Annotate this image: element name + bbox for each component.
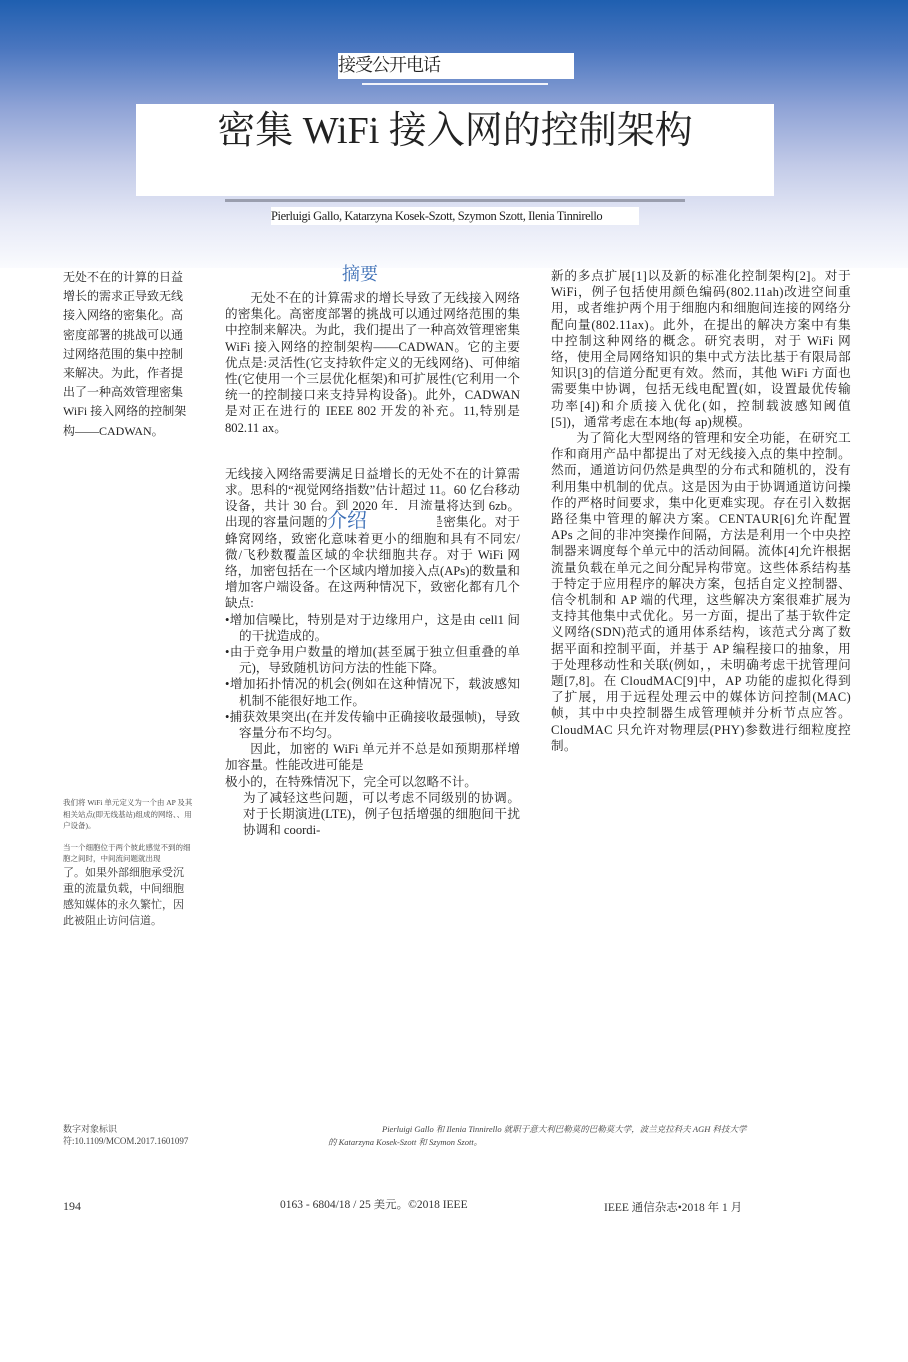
intro-paragraph-3: 为了减轻这些问题，可以考虑不同级别的协调。对于长期演进(LTE)，例子包括增强的… — [225, 790, 520, 839]
intro-bullet-1: •增加信噪比，特别是对于边缘用户，这是由 cell1 间的干扰造成的。 — [225, 612, 520, 644]
footnote-2-small: 当一个细胞位于两个彼此感觉不到的细胞之间时，中间流问题就出现 — [63, 842, 193, 865]
abstract-text: 无处不在的计算需求的增长导致了无线接入网络的密集化。高密度部署的挑战可以通过网络… — [225, 290, 520, 436]
call-underline — [362, 83, 548, 85]
sidebar-summary: 无处不在的计算的日益增长的需求正导致无线接入网络的密集化。高密度部署的挑战可以通… — [63, 268, 193, 441]
footnote-2-large: 了。如果外部细胞承受沉重的流量负载，中间细胞感知媒体的永久繁忙，因此被阻止访问信… — [63, 865, 193, 929]
doi-label: 数字对象标识符:10.1109/MCOM.2017.1601097 — [63, 1123, 193, 1147]
footnote-1: 我们将 WiFi 单元定义为一个由 AP 及其相关站点(即无线基站)组成的网络、… — [63, 797, 193, 832]
journal-issue: IEEE 通信杂志•2018 年 1 月 — [604, 1199, 742, 1215]
right-column: 新的多点扩展[1]以及新的标准化控制架构[2]。对于 WiFi，例子包括使用颜色… — [551, 268, 851, 754]
price-copyright: 0163 - 6804/18 / 25 美元。©2018 IEEE — [280, 1199, 470, 1221]
spacer — [225, 436, 520, 466]
page-number: 194 — [63, 1199, 81, 1214]
introduction-heading: 介绍 — [327, 510, 437, 532]
right-paragraph-1: 新的多点扩展[1]以及新的标准化控制架构[2]。对于 WiFi，例子包括使用颜色… — [551, 268, 851, 430]
intro-paragraph-2b: 极小的，在特殊情况下，完全可以忽略不计。 — [225, 774, 520, 790]
middle-column: 摘要 无处不在的计算需求的增长导致了无线接入网络的密集化。高密度部署的挑战可以通… — [225, 262, 520, 839]
sidebar-footnotes: 我们将 WiFi 单元定义为一个由 AP 及其相关站点(即无线基站)组成的网络、… — [63, 797, 193, 939]
title-divider — [225, 199, 685, 202]
intro-paragraph-1: 无线接入网络需要满足日益增长的无处不在的计算需求。思科的“视觉网络指数”估计超过… — [225, 466, 520, 612]
intro-paragraph-2: 因此，加密的 WiFi 单元并不总是如预期那样增加容量。性能改进可能是 — [225, 741, 520, 773]
intro-bullet-2: •由于竞争用户数量的增加(甚至属于独立但重叠的单元)，导致随机访问方法的性能下降… — [225, 644, 520, 676]
title-box: 密集 WiFi 接入网的控制架构 — [136, 104, 774, 196]
abstract-heading: 摘要 — [225, 262, 520, 286]
page-title: 密集 WiFi 接入网的控制架构 — [136, 108, 774, 154]
author-list: Pierluigi Gallo, Katarzyna Kosek-Szott, … — [271, 207, 639, 225]
call-for-papers-label: 接受公开电话 — [338, 53, 574, 79]
intro-bullet-3: •增加拓扑情况的机会(例如在这种情况下，载波感知机制不能很好地工作。 — [225, 676, 520, 708]
right-paragraph-2: 为了简化大型网络的管理和安全功能，在研究工作和商用产品中都提出了对无线接入点的集… — [551, 430, 851, 754]
introduction-heading-text: 介绍 — [327, 510, 367, 532]
author-affiliation: Pierluigi Gallo 和 Ilenia Tinnirello 就职于意… — [328, 1123, 748, 1148]
intro-bullet-4: •捕获效果突出(在并发传输中正确接收最强帧)，导致容量分布不均匀。 — [225, 709, 520, 741]
